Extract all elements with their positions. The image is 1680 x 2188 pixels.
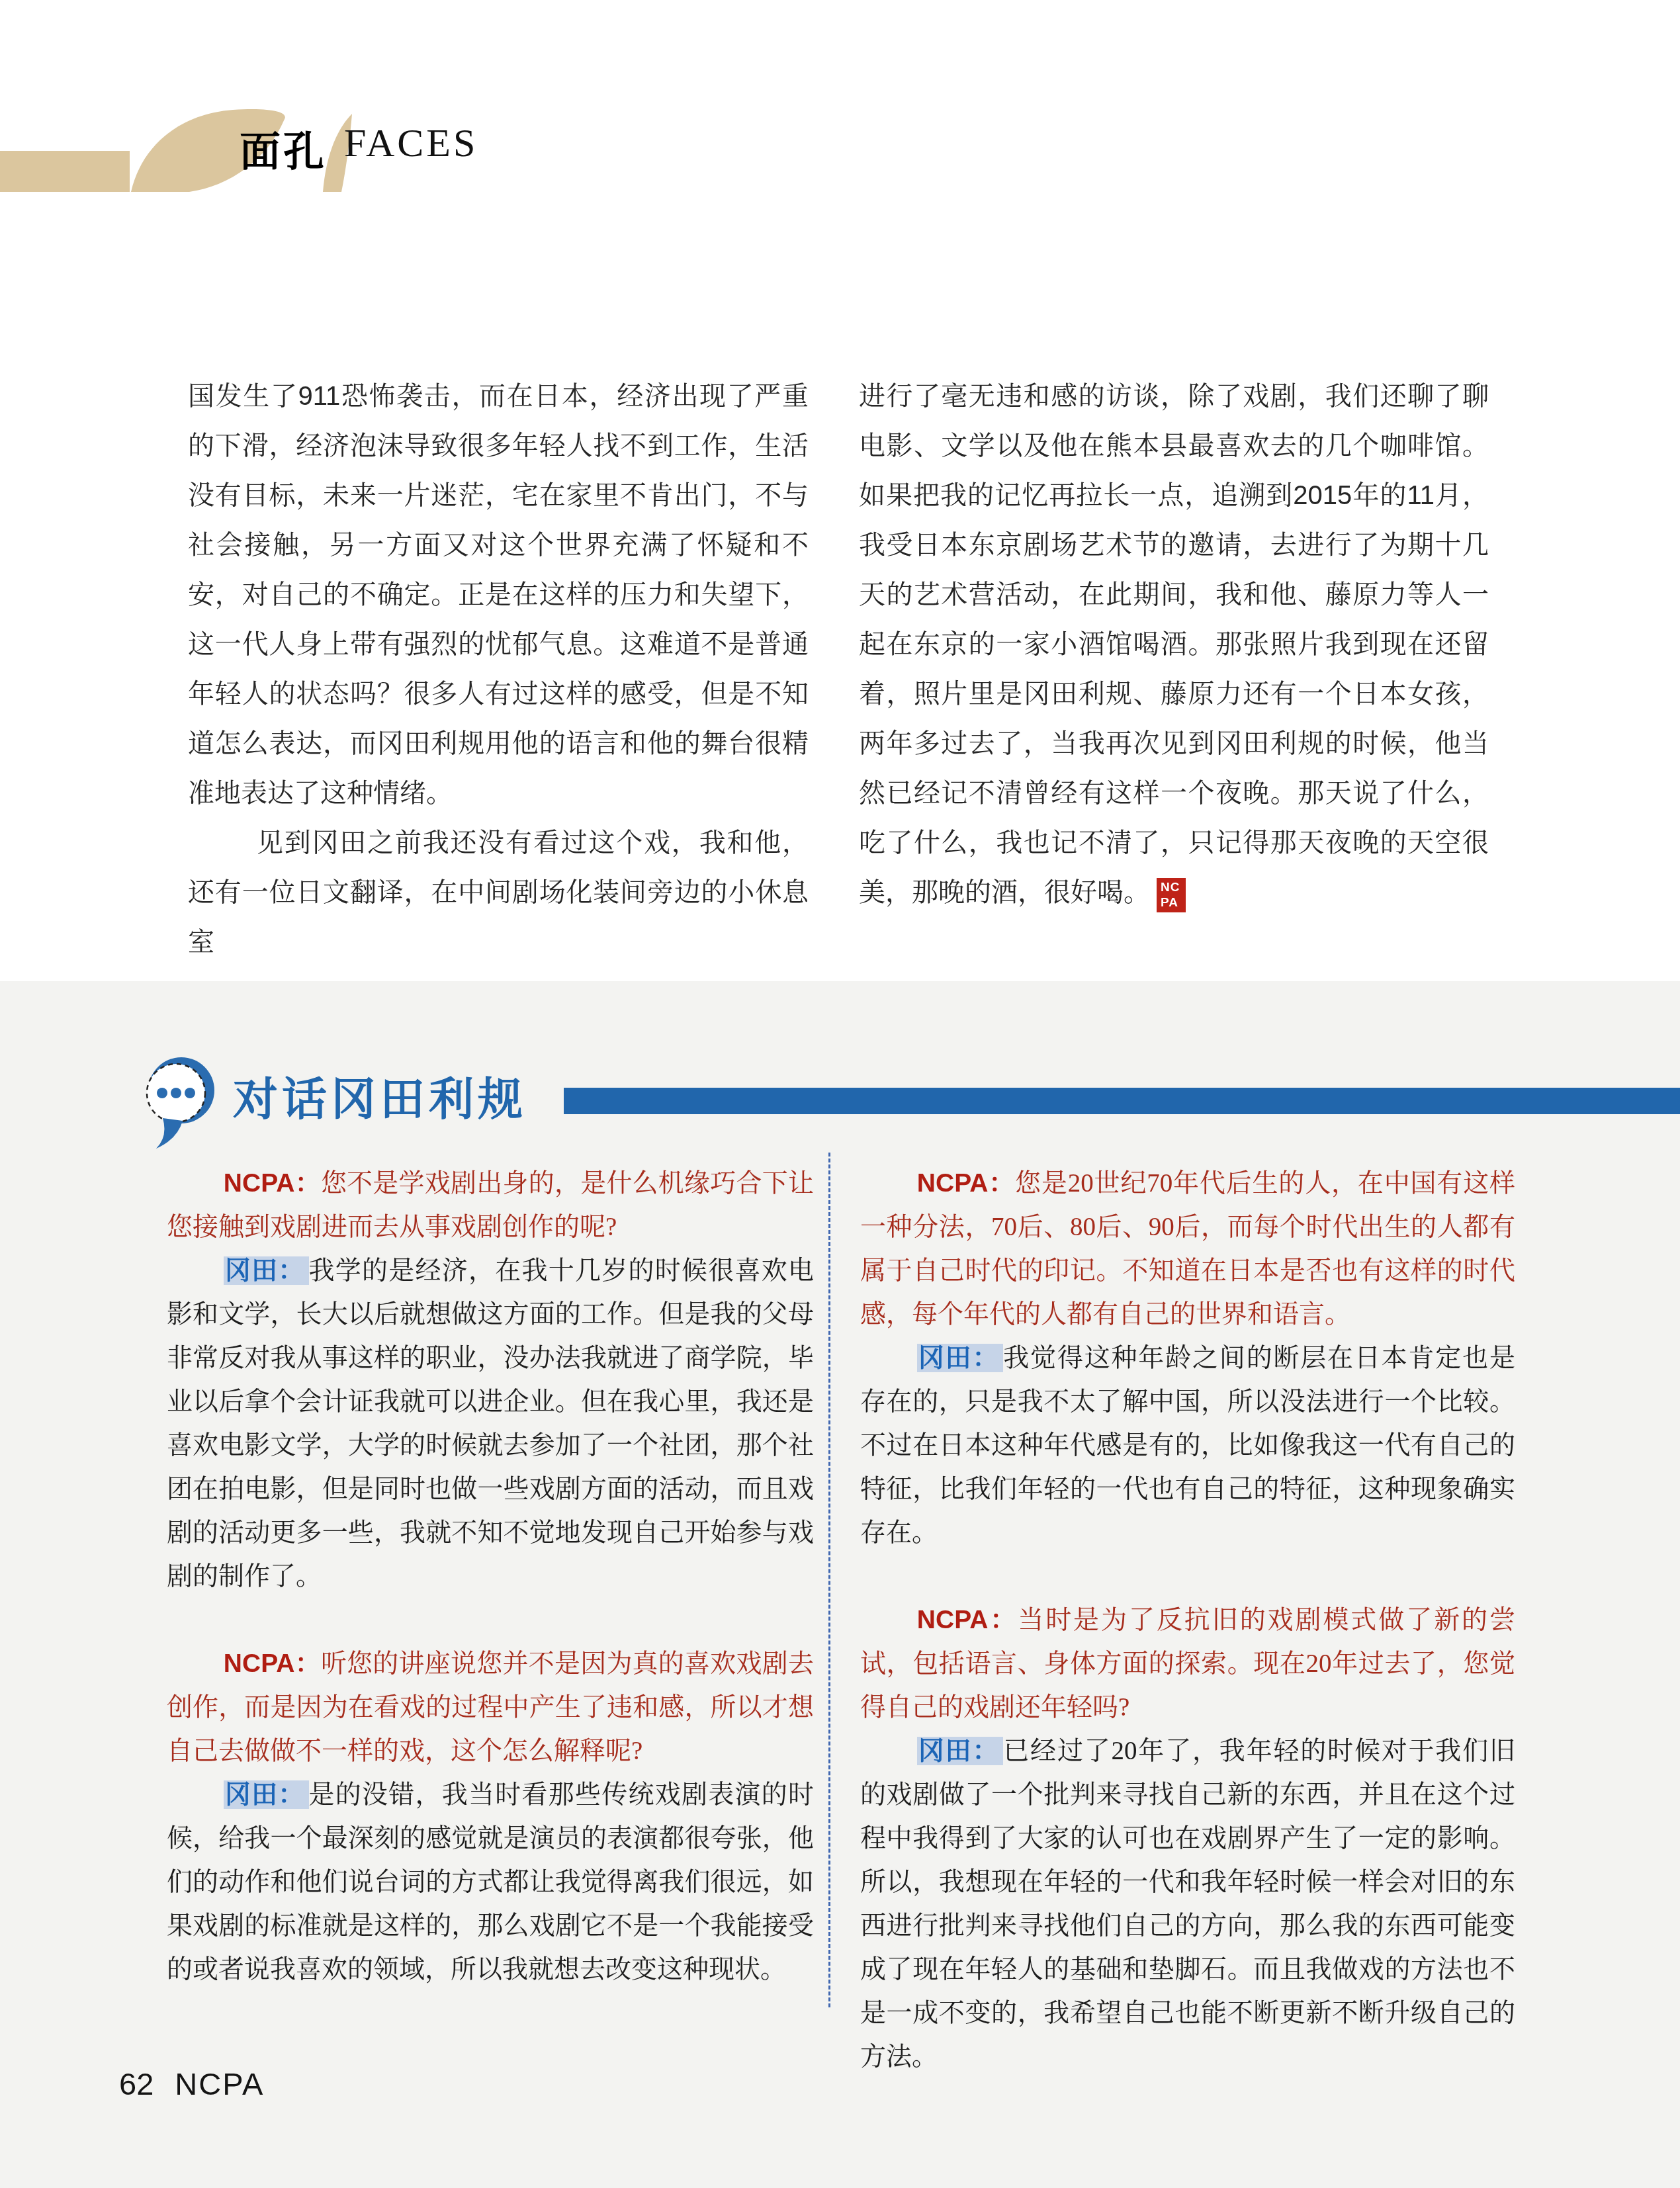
page-footer: 62NCPA	[119, 2066, 264, 2102]
article-left-column: 国发生了911恐怖袭击，而在日本，经济出现了严重的下滑，经济泡沫导致很多年轻人找…	[188, 372, 809, 967]
ncpa-label: NCPA：	[224, 1169, 321, 1198]
ncpa-end-mark-stamp: NCPA	[1157, 878, 1186, 912]
stamp-line1: NC	[1161, 881, 1180, 895]
answer-paragraph: 冈田：是的没错，我当时看那些传统戏剧表演的时候，给我一个最深刻的感觉就是演员的表…	[167, 1773, 814, 1991]
article-paragraph: 见到冈田之前我还没有看过这个戏，我和他，还有一位日文翻译，在中间剧场化装间旁边的…	[188, 818, 809, 967]
answer-text: 我学的是经济，在我十几岁的时候很喜欢电影和文学，长大以后就想做这方面的工作。但是…	[167, 1256, 814, 1591]
answer-paragraph: 冈田：我觉得这种年龄之间的断层在日本肯定也是存在的，只是我不太了解中国，所以没法…	[860, 1336, 1515, 1555]
answer-text: 是的没错，我当时看那些传统戏剧表演的时候，给我一个最深刻的感觉就是演员的表演都很…	[167, 1780, 814, 1984]
ncpa-label: NCPA：	[917, 1169, 1015, 1198]
magazine-page: 面孔 FACES 国发生了911恐怖袭击，而在日本，经济出现了严重的下滑，经济泡…	[0, 0, 1680, 2188]
dialogue-right-column: NCPA：您是20世纪70年代后生的人，在中国有这样一种分法，70后、80后、9…	[860, 1162, 1515, 2079]
answer-paragraph: 冈田：我学的是经济，在我十几岁的时候很喜欢电影和文学，长大以后就想做这方面的工作…	[167, 1249, 814, 1598]
article-paragraph: 国发生了911恐怖袭击，而在日本，经济出现了严重的下滑，经济泡沫导致很多年轻人找…	[188, 372, 809, 818]
okada-label: 冈田：	[224, 1780, 309, 1809]
question-paragraph: NCPA：您不是学戏剧出身的，是什么机缘巧合下让您接触到戏剧进而去从事戏剧创作的…	[167, 1162, 814, 1249]
ncpa-label: NCPA：	[224, 1649, 321, 1678]
section-logo-en: FACES	[344, 120, 478, 166]
column-divider-dashed	[828, 1153, 830, 2007]
answer-paragraph: 冈田：已经过了20年了，我年轻的时候对于我们旧的戏剧做了一个批判来寻找自己新的东…	[860, 1729, 1515, 2079]
dialogue-title-bar	[564, 1088, 1680, 1114]
page-number: 62	[119, 2066, 154, 2101]
question-paragraph: NCPA：您是20世纪70年代后生的人，在中国有这样一种分法，70后、80后、9…	[860, 1162, 1515, 1336]
question-paragraph: NCPA：听您的讲座说您并不是因为真的喜欢戏剧去创作，而是因为在看戏的过程中产生…	[167, 1642, 814, 1773]
okada-label: 冈田：	[224, 1256, 309, 1285]
article-right-column: 进行了毫无违和感的访谈，除了戏剧，我们还聊了聊电影、文学以及他在熊本县最喜欢去的…	[859, 372, 1489, 918]
okada-label: 冈田：	[917, 1737, 1003, 1765]
article-paragraph: 进行了毫无违和感的访谈，除了戏剧，我们还聊了聊电影、文学以及他在熊本县最喜欢去的…	[859, 372, 1489, 918]
dialogue-section-title: 对话冈田利规	[233, 1064, 527, 1128]
magazine-name: NCPA	[175, 2066, 264, 2101]
dialogue-left-column: NCPA：您不是学戏剧出身的，是什么机缘巧合下让您接触到戏剧进而去从事戏剧创作的…	[167, 1162, 814, 1991]
ncpa-label: NCPA：	[917, 1606, 1018, 1634]
answer-text: 我觉得这种年龄之间的断层在日本肯定也是存在的，只是我不太了解中国，所以没法进行一…	[860, 1344, 1515, 1547]
article-text: 进行了毫无违和感的访谈，除了戏剧，我们还聊了聊电影、文学以及他在熊本县最喜欢去的…	[859, 382, 1489, 907]
section-logo-cn: 面孔	[240, 119, 327, 178]
header-bar-shape	[0, 151, 130, 192]
question-paragraph: NCPA：当时是为了反抗旧的戏剧模式做了新的尝试，包括语言、身体方面的探索。现在…	[860, 1598, 1515, 1729]
stamp-line2: PA	[1161, 896, 1178, 910]
speech-bubble-icon	[140, 1052, 220, 1151]
okada-label: 冈田：	[917, 1344, 1003, 1372]
answer-text: 已经过了20年了，我年轻的时候对于我们旧的戏剧做了一个批判来寻找自己新的东西，并…	[860, 1737, 1515, 2071]
